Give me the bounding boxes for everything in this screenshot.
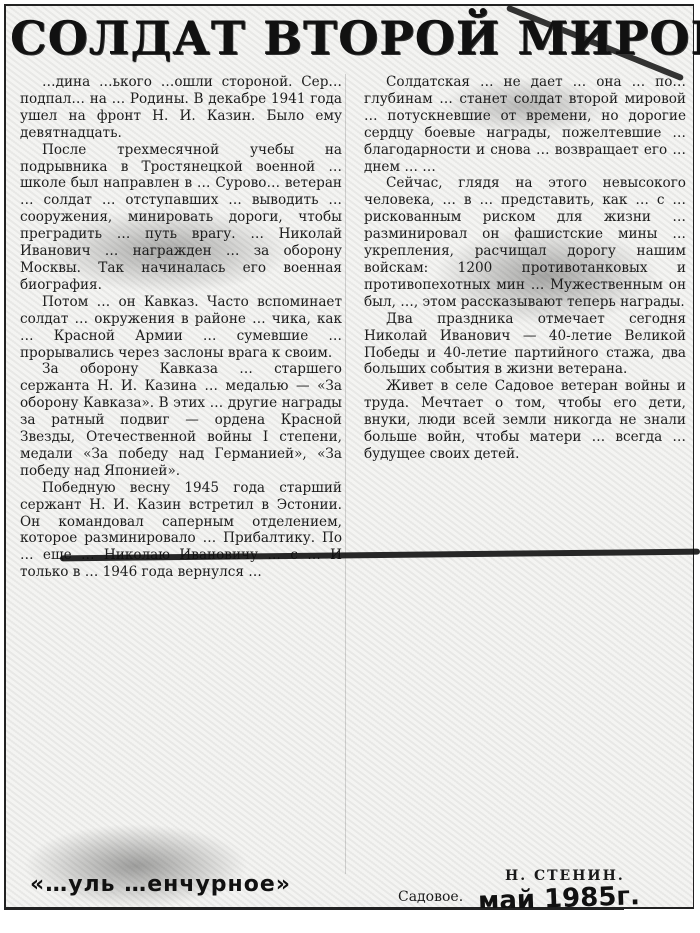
paragraph: За оборону Кавказа … старшего сержанта Н… [20,361,342,479]
paragraph: Живет в селе Садовое ветеран войны и тру… [364,378,686,463]
paragraph: Потом … он Кавказ. Часто вспоминает солд… [20,294,342,362]
column-divider [345,74,346,874]
dateline-place: Садовое. [398,889,463,905]
paragraph: …дина …ького …ошли стороной. Сер… подпал… [20,74,342,142]
headline: СОЛДАТ ВТОРОЙ МИРОВОЙ [10,8,686,68]
paragraph: Два праздника отмечает сегодня Николай И… [364,311,686,379]
paragraph: Сейчас, глядя на этого невысокого челове… [364,175,686,310]
paragraph: Победную весну 1945 года старший сержант… [20,480,342,581]
paragraph: Солдатская … не дает … она … по… глубина… [364,74,686,175]
paragraph: После трехмесячной учебы на подрывника в… [20,142,342,294]
handwritten-date: май 1985г. [478,881,641,917]
bottom-rule [4,908,624,910]
right-column: Солдатская … не дает … она … по… глубина… [364,74,686,463]
handwritten-note: «…уль …енчурное» [30,872,291,897]
left-column: …дина …ького …ошли стороной. Сер… подпал… [20,74,342,581]
